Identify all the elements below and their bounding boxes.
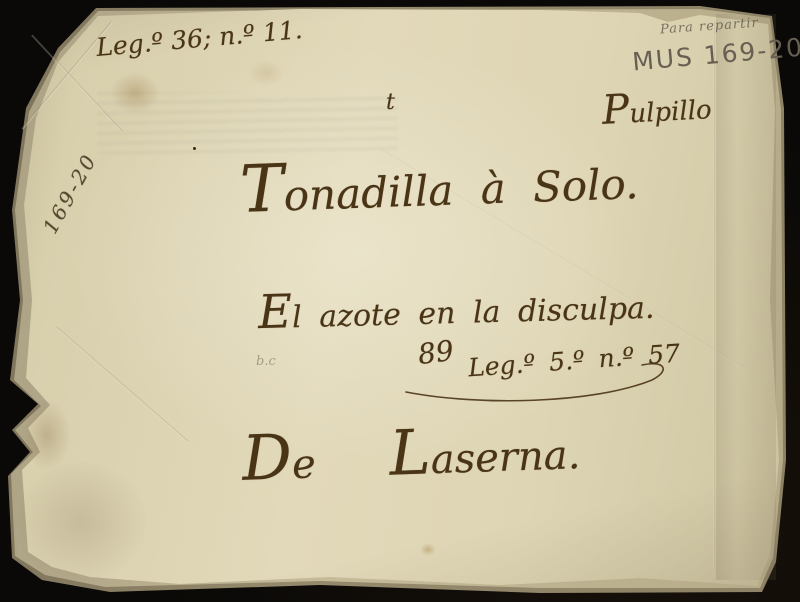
work-title: El azote en la disculpa. [257,275,655,339]
genre-title: Tonadilla à Solo. [239,139,640,228]
number-89: 89 [416,334,455,371]
manuscript-scan: Leg.º 36; n.º 11. Para repartir MUS 169-… [0,0,800,602]
composer-name: Laserna. [388,410,581,490]
composer-prefix: De [241,419,317,495]
letter-t-mark: t [386,90,395,115]
performer-name: Pulpillo [601,81,713,134]
bc-mark: b.c [256,354,276,369]
composer-line: De Laserna. [241,410,581,495]
